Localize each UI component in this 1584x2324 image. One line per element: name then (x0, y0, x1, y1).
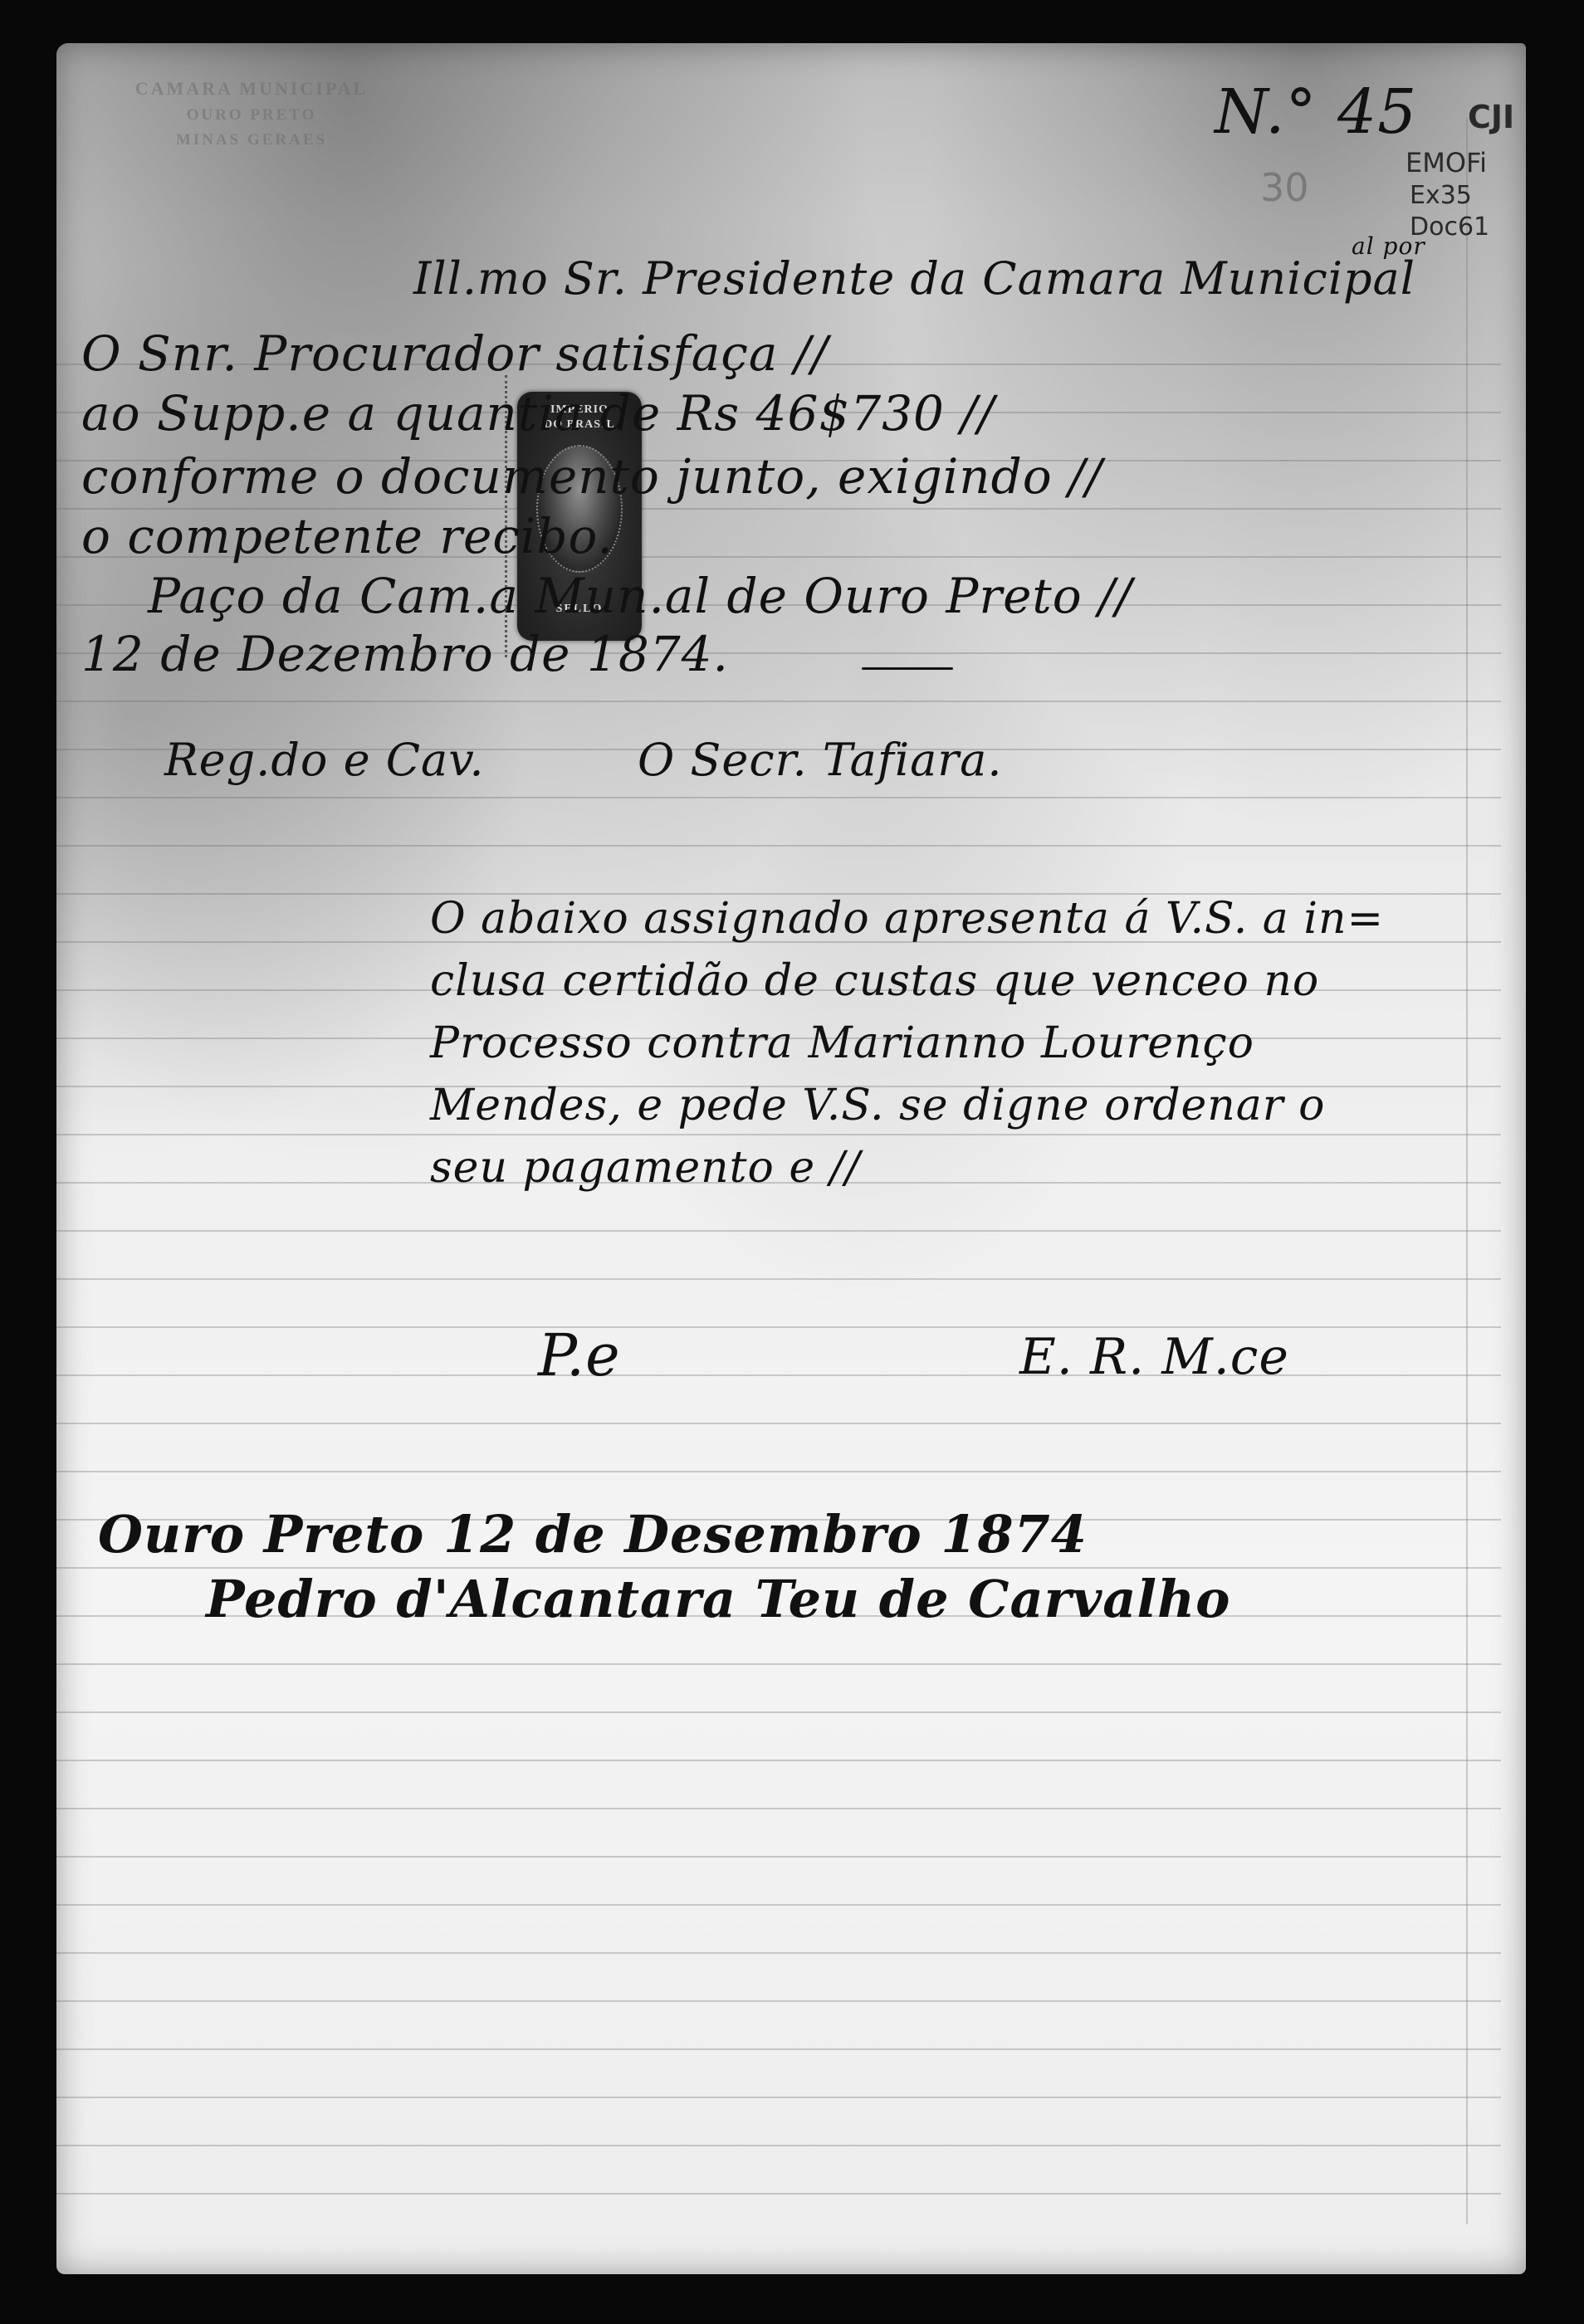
petition-line-1: O abaixo assignado apresenta á V.S. a in… (430, 894, 1384, 944)
document-page: CAMARA MUNICIPAL OURO PRETO MINAS GERAES… (56, 43, 1526, 2274)
despacho-date: 12 de Dezembro de 1874. (81, 626, 729, 682)
petitioner-signature: Pedro d'Alcantara Teu de Carvalho (206, 1569, 1230, 1629)
embossed-seal-arc: CAMARA MUNICIPAL (106, 78, 397, 100)
registration-note-left: Reg.do e Cav. (164, 734, 485, 786)
embossed-seal: CAMARA MUNICIPAL OURO PRETO MINAS GERAES (106, 65, 397, 189)
place-and-date: Ouro Preto 12 de Desembro 1874 (98, 1504, 1088, 1565)
embossed-seal-province: MINAS GERAES (106, 131, 397, 149)
petition-line-2: clusa certidão de custas que venceo no (430, 956, 1319, 1006)
despacho-line-5: Paço da Cam.a Mun.al de Ouro Preto // (148, 568, 1132, 624)
faint-folio-number: 30 (1260, 168, 1309, 207)
closing-pede: P.e (538, 1321, 621, 1389)
flourish-line (862, 667, 953, 670)
salutation: Ill.mo Sr. Presidente da Camara Municipa… (413, 252, 1415, 305)
petition-line-5: seu pagamento e // (430, 1143, 861, 1193)
salutation-superscript: al por (1352, 232, 1425, 260)
document-number: N.° 45 (1215, 76, 1417, 148)
archive-ref-cji: CJI (1468, 101, 1514, 134)
despacho-line-3: conforme o documento junto, exigindo // (81, 448, 1102, 505)
despacho-line-4: o competente recibo. (81, 508, 614, 564)
embossed-seal-city: OURO PRETO (106, 106, 397, 124)
despacho-line-1: O Snr. Procurador satisfaça // (81, 325, 829, 382)
archive-ref-emofi: EMOFi (1406, 149, 1487, 178)
petition-line-3: Processo contra Marianno Lourenço (430, 1018, 1254, 1068)
despacho-line-2: ao Supp.e a quantia de Rs 46$730 // (81, 385, 995, 442)
petition-line-4: Mendes, e pede V.S. se digne ordenar o (430, 1081, 1325, 1130)
margin-line (1466, 118, 1468, 2224)
closing-erm: E. R. M.ce (1019, 1328, 1289, 1386)
archive-ref-ex35: Ex35 (1410, 183, 1472, 209)
secretary-signature: O Secr. Tafiara. (638, 734, 1002, 786)
